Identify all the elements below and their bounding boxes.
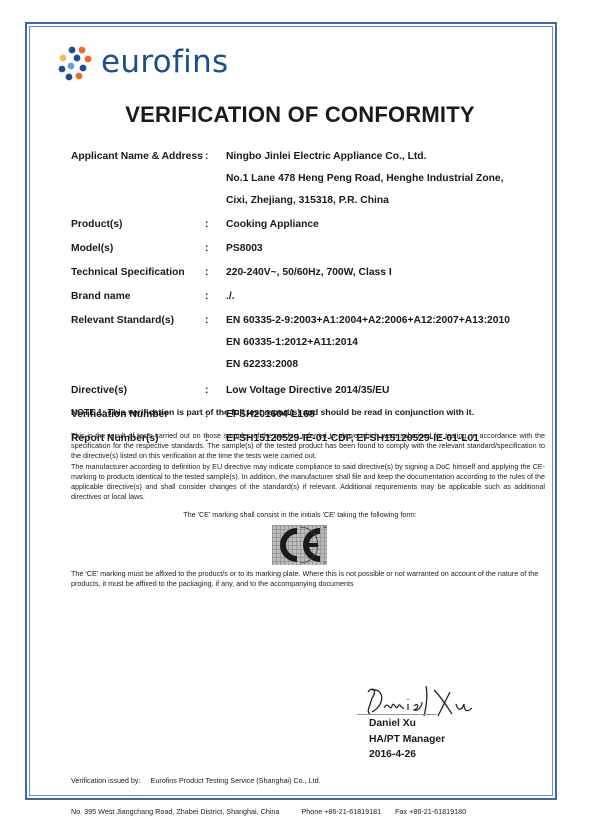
field-value-line: PS8003	[226, 240, 541, 258]
field-label: Product(s)	[71, 216, 205, 234]
field-value-line: Cixi, Zhejiang, 315318, P.R. China	[226, 192, 541, 210]
field-value-line: Low Voltage Directive 2014/35/EU	[226, 382, 541, 400]
field-row: Model(s):PS8003	[71, 240, 541, 258]
field-value-line: 220-240V~, 50/60Hz, 700W, Class I	[226, 264, 541, 282]
body-paragraph-manufacturer: The manufacturer according to definition…	[71, 462, 545, 503]
field-colon: :	[205, 382, 226, 400]
ce-caption: The 'CE' marking shall consist in the in…	[0, 510, 600, 519]
eurofins-dots-icon	[57, 45, 95, 83]
field-value: 220-240V~, 50/60Hz, 700W, Class I	[226, 264, 541, 282]
signer-role: HA/PT Manager	[369, 732, 445, 748]
note-1: NOTE 1: This verification is part of the…	[71, 407, 474, 417]
field-label: Model(s)	[71, 240, 205, 258]
field-colon: :	[205, 312, 226, 374]
field-colon: :	[205, 216, 226, 234]
eurofins-logo: eurofins	[57, 44, 228, 84]
issuer-phone: Phone +86-21-61819181	[301, 807, 381, 816]
field-value-line: Cooking Appliance	[226, 216, 541, 234]
field-value: PS8003	[226, 240, 541, 258]
ce-affix-text: The 'CE' marking must be affixed to the …	[71, 569, 545, 588]
issued-by-label: Verification issued by:	[71, 776, 141, 785]
field-colon: :	[205, 288, 226, 306]
field-colon: :	[205, 148, 226, 210]
field-value: ./.	[226, 288, 541, 306]
field-row: Relevant Standard(s):EN 60335-2-9:2003+A…	[71, 312, 541, 374]
field-value-line: EN 60335-1:2012+A11:2014	[226, 334, 541, 352]
field-label: Directive(s)	[71, 382, 205, 400]
field-value: Low Voltage Directive 2014/35/EU	[226, 382, 541, 400]
ce-mark-icon	[272, 525, 327, 565]
signature-line	[357, 714, 437, 715]
field-value: EN 60335-2-9:2003+A1:2004+A2:2006+A12:20…	[226, 312, 541, 374]
field-value-line: ./.	[226, 288, 541, 306]
signer-name: Daniel Xu	[369, 716, 445, 732]
field-label: Relevant Standard(s)	[71, 312, 205, 374]
field-value-line: EN 62233:2008	[226, 356, 541, 374]
footer: Verification issued by:Eurofins Product …	[71, 755, 466, 825]
field-label: Technical Specification	[71, 264, 205, 282]
body-text: This is the result of tests carried out …	[71, 431, 545, 502]
field-label: Brand name	[71, 288, 205, 306]
field-value: Ningbo Jinlei Electric Appliance Co., Lt…	[226, 148, 541, 210]
issuer-name: Eurofins Product Testing Service (Shangh…	[151, 776, 321, 785]
logo-wordmark: eurofins	[101, 47, 228, 78]
field-value: Cooking Appliance	[226, 216, 541, 234]
field-row: Technical Specification:220-240V~, 50/60…	[71, 264, 541, 282]
field-label: Applicant Name & Address	[71, 148, 205, 210]
body-paragraph-results: This is the result of tests carried out …	[71, 431, 545, 462]
issuer-address: No. 395 West Jiangchang Road, Zhabei Dis…	[71, 807, 279, 816]
field-row: Directive(s):Low Voltage Directive 2014/…	[71, 382, 541, 400]
field-colon: :	[205, 264, 226, 282]
field-row: Brand name:./.	[71, 288, 541, 306]
field-value-line: Ningbo Jinlei Electric Appliance Co., Lt…	[226, 148, 541, 166]
field-row: Product(s):Cooking Appliance	[71, 216, 541, 234]
field-value-line: EN 60335-2-9:2003+A1:2004+A2:2006+A12:20…	[226, 312, 541, 330]
certificate-fields: Applicant Name & Address:Ningbo Jinlei E…	[71, 142, 541, 448]
field-colon: :	[205, 240, 226, 258]
issuer-fax: Fax +86-21-61819180	[395, 807, 466, 816]
document-title: VERIFICATION OF CONFORMITY	[0, 102, 600, 128]
field-row: Applicant Name & Address:Ningbo Jinlei E…	[71, 148, 541, 210]
field-value-line: No.1 Lane 478 Heng Peng Road, Henghe Ind…	[226, 170, 541, 188]
